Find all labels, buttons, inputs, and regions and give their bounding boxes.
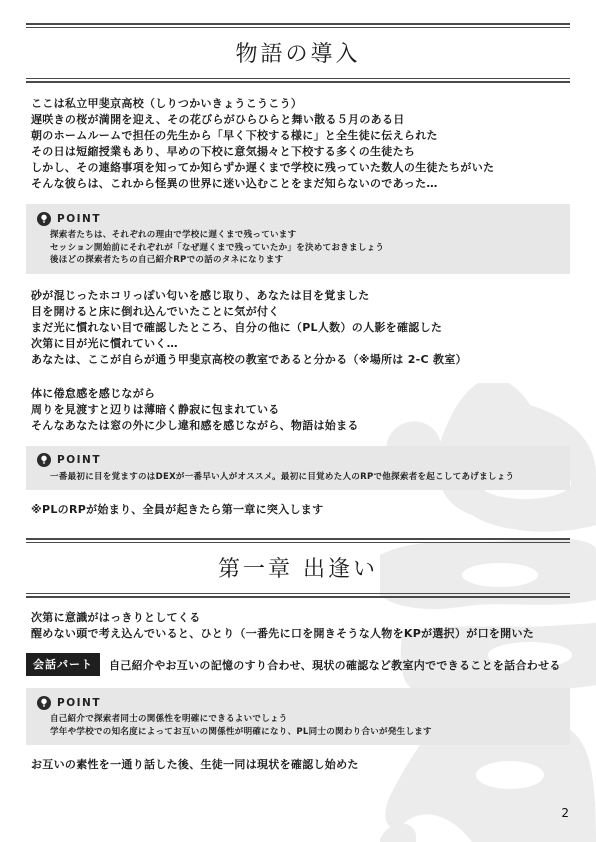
intro-note: ※PLのRPが始まり、全員が起きたら第一章に突入します <box>31 502 570 518</box>
intro-paragraph-3: 体に倦怠感を感じながら 周りを見渡すと辺りは薄暗く静寂に包まれている そんなあな… <box>31 386 570 434</box>
text-line: 砂が混じったホコリっぽい匂いを感じ取り、あなたは目を覚ました <box>31 288 570 304</box>
text-line: そんな彼らは、これから怪異の世界に迷い込むことをまだ知らないのであった… <box>31 176 570 192</box>
text-line: ここは私立甲斐京高校（しりつかいきょうこうこう） <box>31 96 570 112</box>
point-box-2: POINT 一番最初に目を覚ますのはDEXが一番早い人がオススメ。最初に目覚めた… <box>26 446 570 491</box>
point-line: セッション開始前にそれぞれが「なぜ遅くまで残っていたか」を決めておきましょう <box>50 242 559 255</box>
text-line: 醒めない頭で考え込んでいると、ひとり（一番先に口を開きそうな人物をKPが選択）が… <box>31 626 570 642</box>
point-header: POINT <box>37 694 559 711</box>
page-content: 物語の導入 ここは私立甲斐京高校（しりつかいきょうこうこう） 遅咲きの桜が満開を… <box>0 0 596 773</box>
point-line: 学年や学校での知名度によってお互いの関係性が明確になり、PL同士の関わり合いが発… <box>50 726 559 739</box>
chapter1-closing: お互いの素性を一通り話した後、生徒一同は現状を確認し始めた <box>31 757 570 773</box>
header-rule-bottom <box>26 593 570 598</box>
point-line: 自己紹介で探索者同士の関係性を明確にできるよいでしょう <box>50 713 559 726</box>
point-line: 一番最初に目を覚ますのはDEXが一番早い人がオススメ。最初に目覚めた人のRPで他… <box>50 471 559 484</box>
text-line: あなたは、ここが自らが通う甲斐京高校の教室であると分かる（※場所は 2-C 教室… <box>31 352 570 368</box>
point-line: 後ほどの探索者たちの自己紹介RPでの話のタネになります <box>50 254 559 267</box>
text-line: ※PLのRPが始まり、全員が起きたら第一章に突入します <box>31 502 570 518</box>
point-label: POINT <box>57 213 101 225</box>
text-line: そんなあなたは窓の外に少し違和感を感じながら、物語は始まる <box>31 418 570 434</box>
lightbulb-icon <box>37 696 51 710</box>
text-line: しかし、その連絡事項を知ってか知らずか遅くまで学校に残っていた数人の生徒たちがい… <box>31 160 570 176</box>
text-line: 遅咲きの桜が満開を迎え、その花びらがひらひらと舞い散る５月のある日 <box>31 112 570 128</box>
text-line: 目を開けると床に倒れ込んでいたことに気が付く <box>31 304 570 320</box>
chapter1-paragraph-1: 次第に意識がはっきりとしてくる 醒めない頭で考え込んでいると、ひとり（一番先に口… <box>31 610 570 642</box>
chapter1-title: 第一章 出逢い <box>26 543 570 593</box>
lightbulb-icon <box>37 453 51 467</box>
document-page: 物語の導入 ここは私立甲斐京高校（しりつかいきょうこうこう） 遅咲きの桜が満開を… <box>0 0 596 842</box>
text-line: 朝のホームルームで担任の先生から「早く下校する様に」と全生徒に伝えられた <box>31 128 570 144</box>
section-intro: 物語の導入 ここは私立甲斐京高校（しりつかいきょうこうこう） 遅咲きの桜が満開を… <box>26 23 570 518</box>
point-box-1: POINT 探索者たちは、それぞれの理由で学校に遅くまで残っています セッション… <box>26 204 570 274</box>
text-line: 体に倦怠感を感じながら <box>31 386 570 402</box>
point-header: POINT <box>37 452 559 469</box>
point-header: POINT <box>37 210 559 227</box>
text-line: 次第に意識がはっきりとしてくる <box>31 610 570 626</box>
intro-paragraph-1: ここは私立甲斐京高校（しりつかいきょうこうこう） 遅咲きの桜が満開を迎え、その花… <box>31 96 570 192</box>
talk-part-text: 自己紹介やお互いの記憶のすり合わせ、現状の確認など教室内でできることを話合わせる <box>109 657 561 673</box>
page-number: 2 <box>561 806 569 820</box>
section-intro-title: 物語の導入 <box>26 28 570 78</box>
talk-part-row: 会話パート 自己紹介やお互いの記憶のすり合わせ、現状の確認など教室内でできること… <box>26 653 570 676</box>
text-line: 周りを見渡すと辺りは薄暗く静寂に包まれている <box>31 402 570 418</box>
talk-part-badge: 会話パート <box>26 653 100 676</box>
text-line: その日は短縮授業もあり、早めの下校に意気揚々と下校する多くの生徒たち <box>31 144 570 160</box>
point-body: 一番最初に目を覚ますのはDEXが一番早い人がオススメ。最初に目覚めた人のRPで他… <box>50 471 559 484</box>
point-label: POINT <box>57 454 101 466</box>
text-line: お互いの素性を一通り話した後、生徒一同は現状を確認し始めた <box>31 757 570 773</box>
lightbulb-icon <box>37 212 51 226</box>
point-body: 自己紹介で探索者同士の関係性を明確にできるよいでしょう 学年や学校での知名度によ… <box>50 713 559 738</box>
point-label: POINT <box>57 697 101 709</box>
point-box-3: POINT 自己紹介で探索者同士の関係性を明確にできるよいでしょう 学年や学校で… <box>26 688 570 745</box>
text-line: まだ光に慣れない目で確認したところ、自分の他に（PL人数）の人影を確認した <box>31 320 570 336</box>
header-rule-bottom <box>26 78 570 83</box>
section-chapter1: 第一章 出逢い 次第に意識がはっきりとしてくる 醒めない頭で考え込んでいると、ひ… <box>26 538 570 773</box>
text-line: 次第に目が光に慣れていく… <box>31 336 570 352</box>
point-line: 探索者たちは、それぞれの理由で学校に遅くまで残っています <box>50 229 559 242</box>
point-body: 探索者たちは、それぞれの理由で学校に遅くまで残っています セッション開始前にそれ… <box>50 229 559 267</box>
intro-paragraph-2: 砂が混じったホコリっぽい匂いを感じ取り、あなたは目を覚ました 目を開けると床に倒… <box>31 288 570 368</box>
